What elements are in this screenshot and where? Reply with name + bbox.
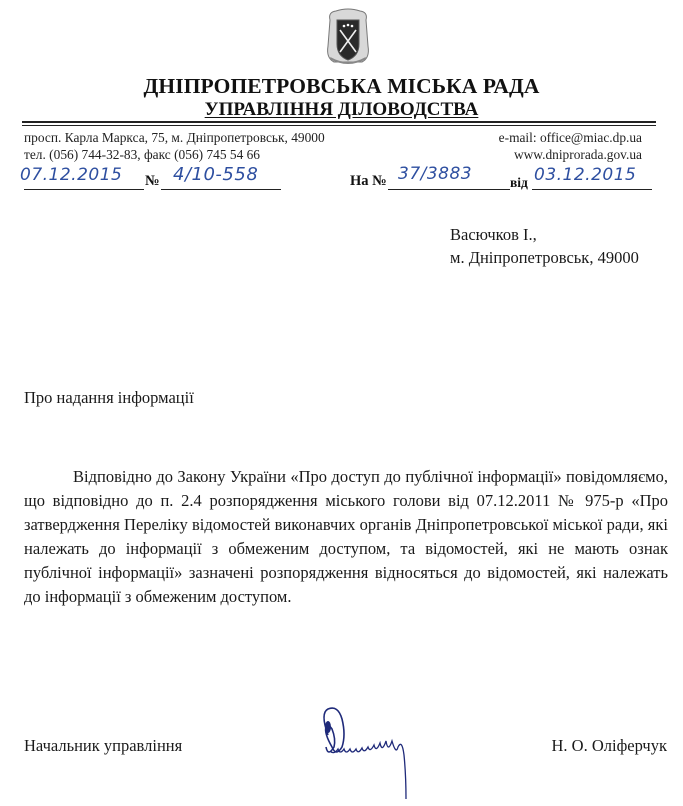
number-label: №: [145, 173, 160, 190]
signatory-position: Начальник управління: [24, 736, 182, 756]
phone-line: тел. (056) 744-32-83, факс (056) 745 54 …: [24, 146, 325, 163]
reply-to-label: На №: [350, 173, 387, 190]
outgoing-number-value: 4/10-558: [173, 164, 258, 185]
letter-body: Відповідно до Закону України «Про доступ…: [24, 465, 668, 609]
organization-name: ДНІПРОПЕТРОВСЬКА МІСЬКА РАДА: [0, 74, 683, 99]
email-line: e-mail: office@miac.dp.ua: [499, 129, 642, 146]
from-label: від: [510, 175, 528, 191]
outgoing-date-value: 07.12.2015: [20, 165, 122, 185]
recipient-city: м. Дніпропетровськ, 49000: [450, 246, 639, 269]
signatory-name: Н. О. Оліферчук: [552, 736, 667, 756]
city-coat-of-arms-icon: [316, 6, 380, 70]
website-line: www.dniprorada.gov.ua: [499, 146, 642, 163]
outgoing-date-field: 07.12.2015: [24, 167, 144, 190]
reply-to-date-value: 03.12.2015: [534, 165, 636, 185]
letter-subject: Про надання інформації: [24, 388, 194, 408]
reply-to-number-value: 37/3883: [398, 164, 472, 184]
address-line: просп. Карла Маркса, 75, м. Дніпропетров…: [24, 129, 325, 146]
outgoing-number-field: 4/10-558: [161, 167, 281, 190]
recipient-block: Васючков І., м. Дніпропетровськ, 49000: [450, 223, 639, 269]
department-name: УПРАВЛІННЯ ДІЛОВОДСТВА: [0, 99, 683, 121]
reply-to-number-field: 37/3883: [388, 167, 510, 190]
letterhead-address-block: просп. Карла Маркса, 75, м. Дніпропетров…: [24, 129, 325, 163]
recipient-name: Васючков І.,: [450, 223, 639, 246]
reply-to-date-field: 03.12.2015: [532, 167, 652, 190]
handwritten-signature-icon: [306, 705, 446, 805]
letterhead-divider: [22, 121, 656, 126]
letterhead-contacts-block: e-mail: office@miac.dp.ua www.dniprorada…: [499, 129, 642, 163]
